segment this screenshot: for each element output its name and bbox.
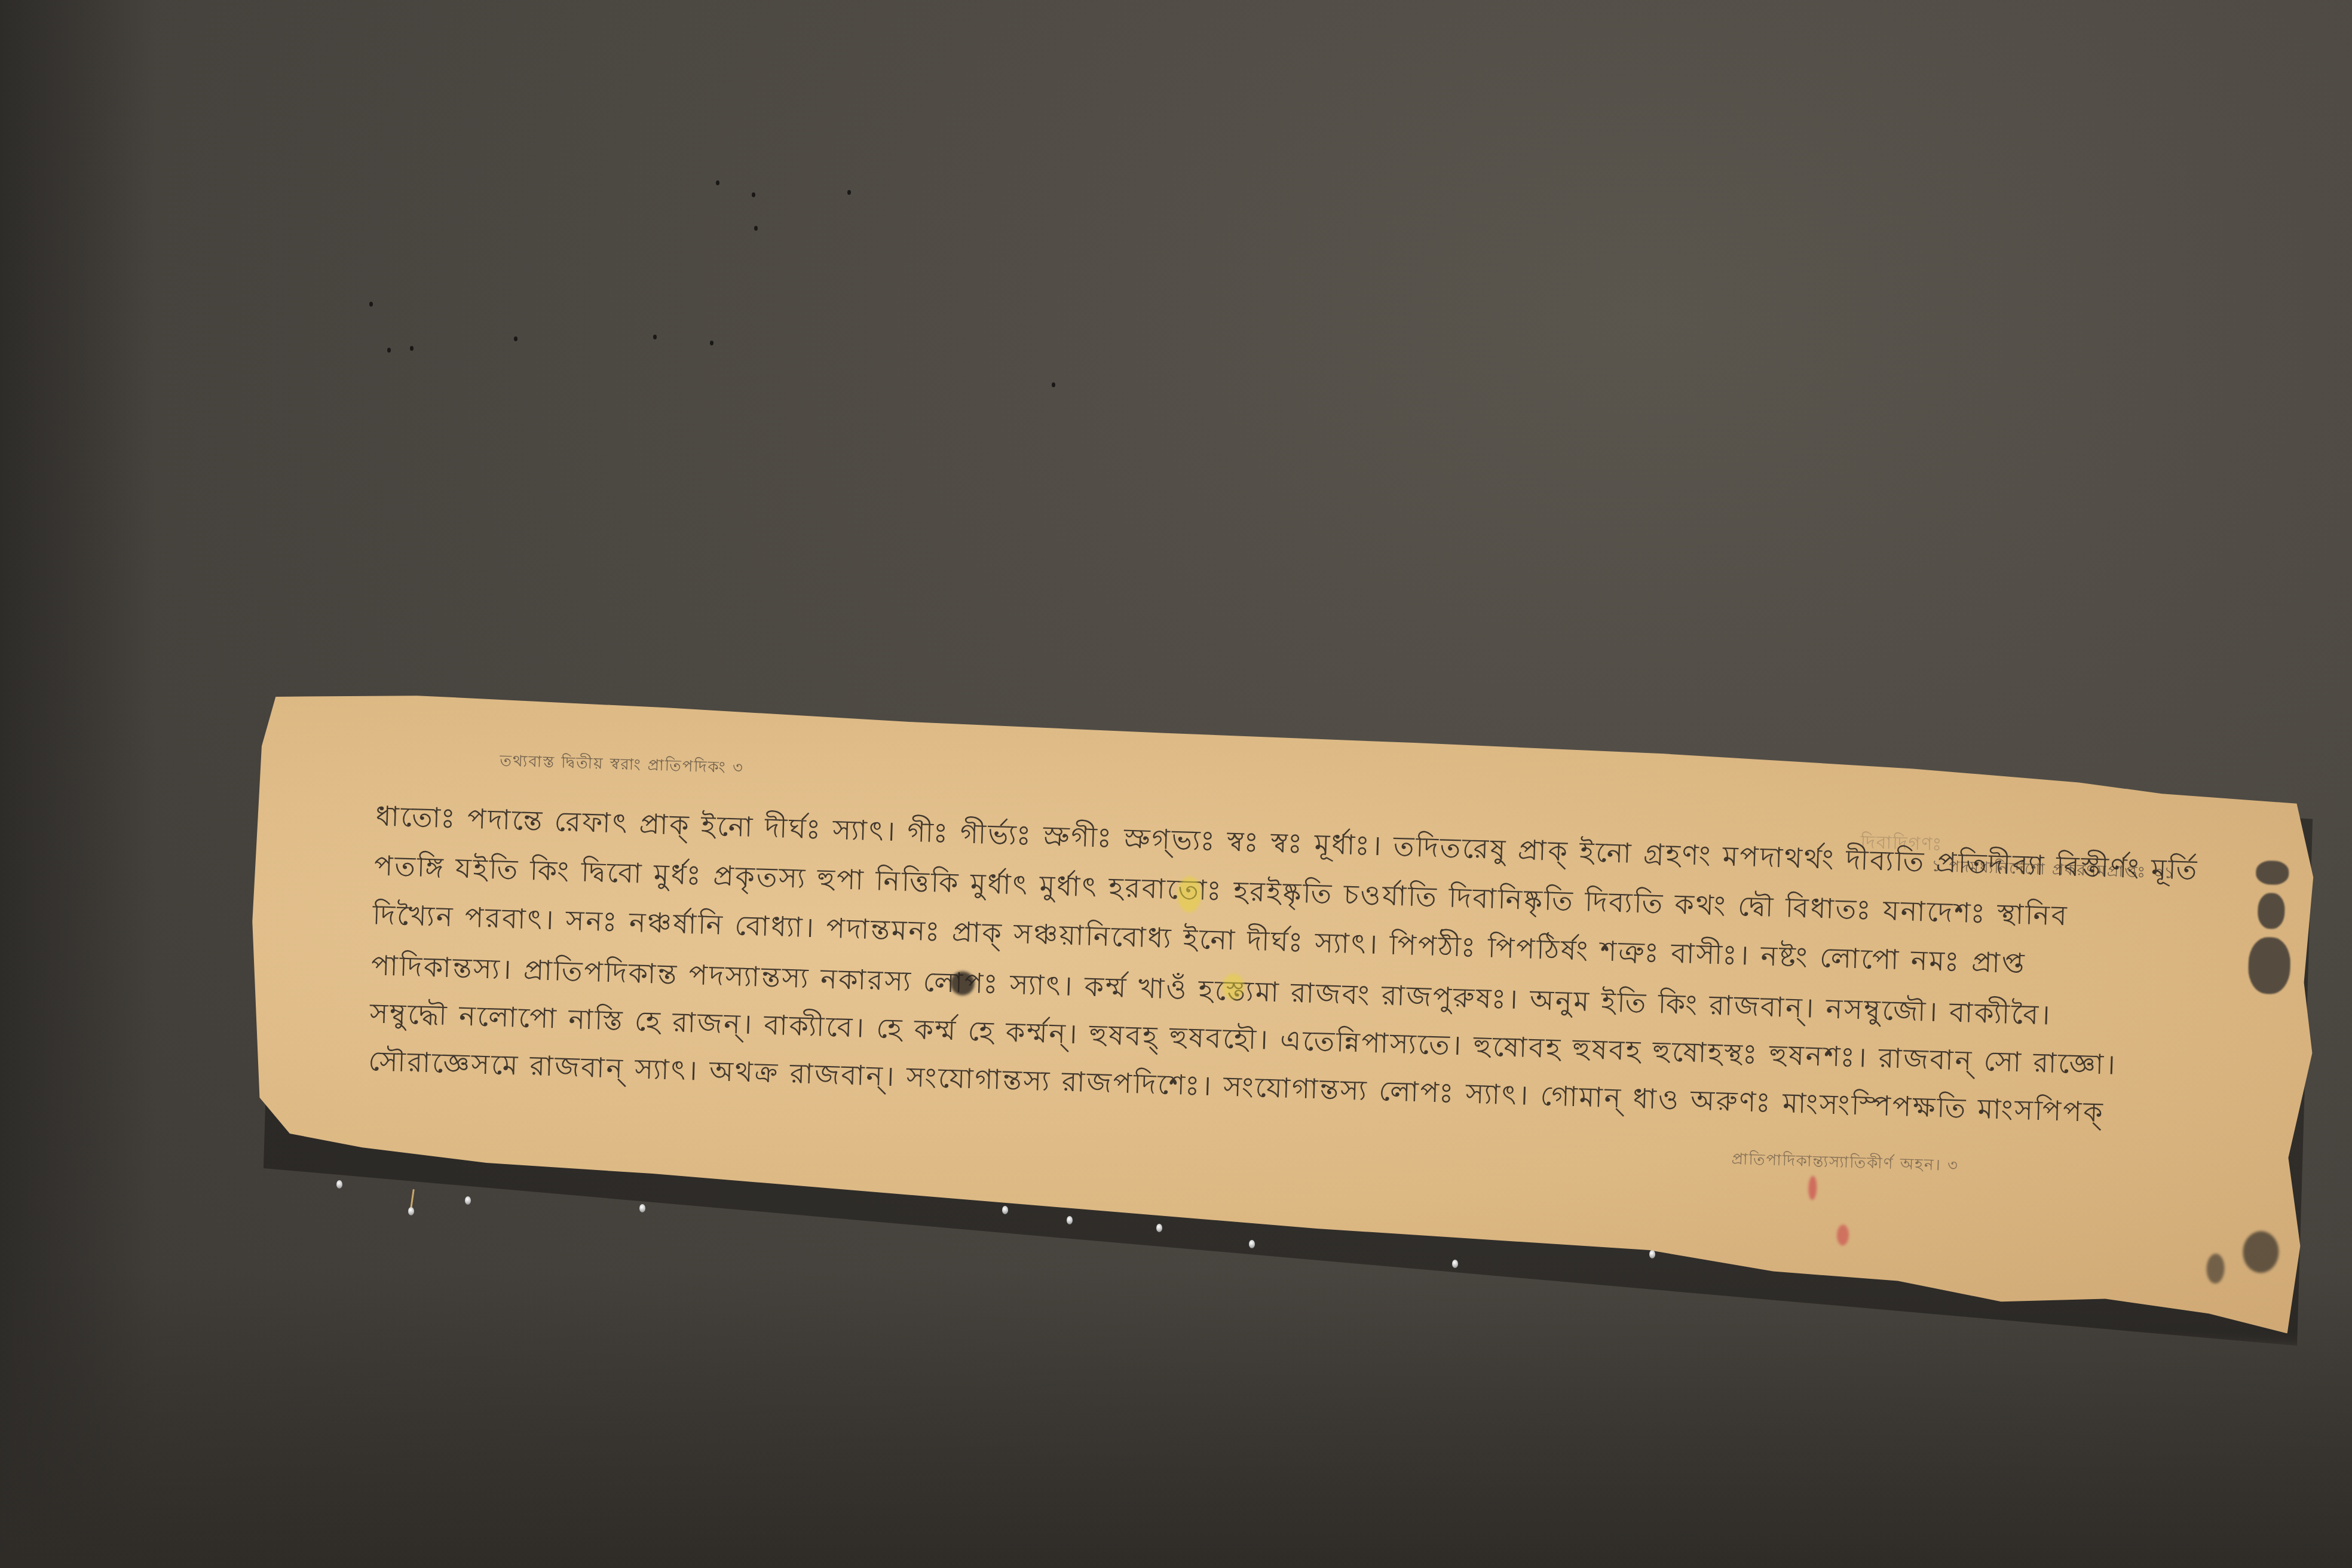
board-pinhole <box>710 341 713 345</box>
board-pinhole <box>514 336 517 341</box>
board-pinhole <box>387 348 391 353</box>
mounting-pin <box>1002 1206 1008 1214</box>
mounting-pin <box>408 1207 414 1215</box>
manuscript-leaf: তথ্যবাস্ত দ্বিতীয় স্বরাং প্রাতিপদিকং ৩ … <box>234 687 2330 1334</box>
board-pinhole <box>754 226 758 231</box>
mounting-pin <box>1067 1216 1073 1224</box>
board-pinhole <box>410 346 414 351</box>
mounting-pin <box>1452 1260 1458 1268</box>
mounting-pin <box>465 1196 471 1205</box>
mounting-pin <box>1156 1224 1162 1232</box>
leaf-number-ink-blots <box>2250 860 2290 995</box>
board-pinhole <box>653 335 657 339</box>
board-pinhole <box>847 190 851 195</box>
mounting-pin <box>639 1204 645 1212</box>
mounting-pin <box>1249 1240 1255 1248</box>
mounting-pin <box>1649 1250 1655 1258</box>
mounting-pin <box>336 1180 342 1189</box>
board-pinhole <box>716 180 719 185</box>
board-pinhole <box>1052 382 1055 387</box>
board-pinhole <box>369 302 373 307</box>
board-pinhole <box>752 192 755 197</box>
